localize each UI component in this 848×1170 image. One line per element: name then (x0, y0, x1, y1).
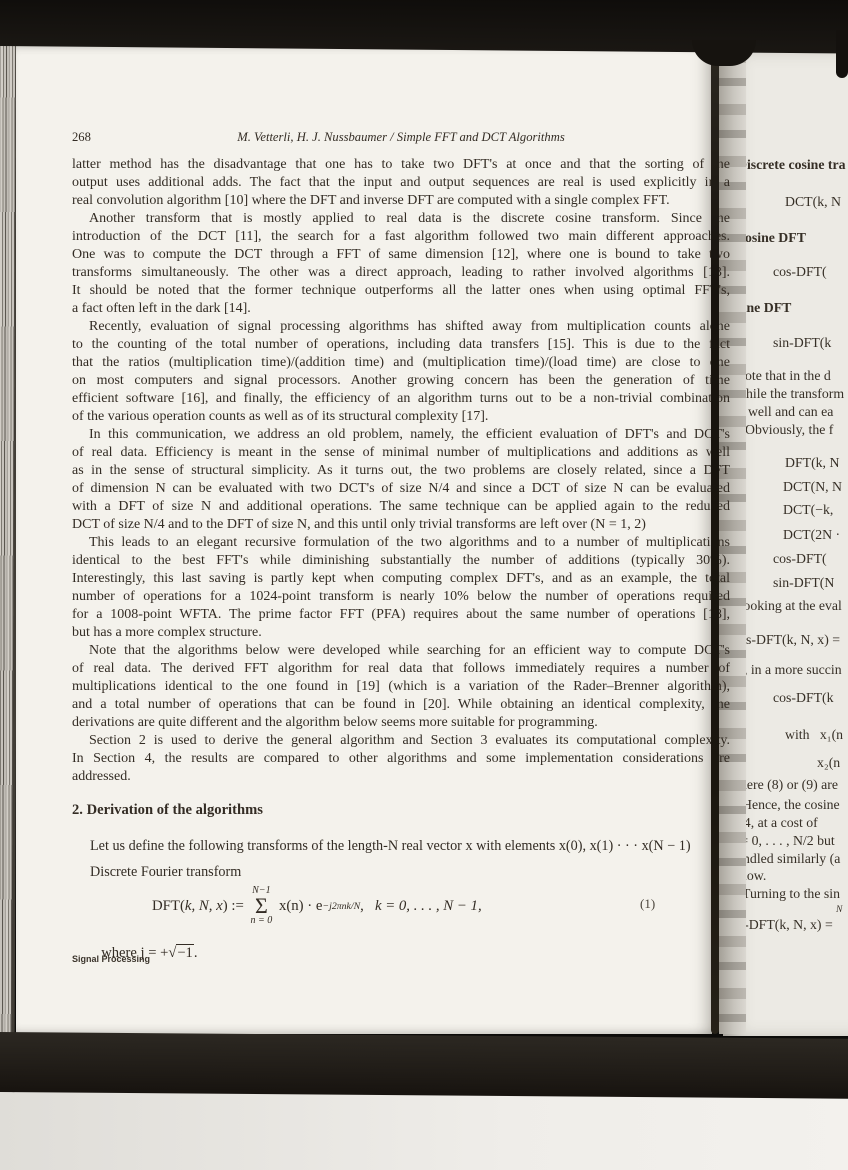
radicand: −1 (176, 944, 194, 961)
body-line: on most computers and signal processors.… (72, 372, 730, 390)
journal-page: 268 M. Vetterli, H. J. Nussbaumer / Simp… (16, 44, 712, 1034)
sigma-symbol: Σ (255, 896, 268, 916)
top-right-page-notch (836, 30, 848, 78)
body-line: that the ratios (multiplication time)/(a… (72, 354, 730, 372)
body-line: of the various operation counts as well … (72, 408, 730, 426)
next-page-line: DCT(N, N (783, 479, 842, 495)
scanned-book-photo: 268 M. Vetterli, H. J. Nussbaumer / Simp… (0, 0, 848, 1170)
next-page-line: with x₁(n (785, 727, 843, 743)
next-page-line: where (8) or (9) are (730, 777, 838, 793)
body-line: of dimension N can be evaluated with two… (72, 480, 730, 498)
body-line: Note that the algorithms below were deve… (72, 642, 730, 660)
running-head-title: M. Vetterli, H. J. Nussbaumer / Simple F… (72, 130, 730, 145)
body-line: multiplications identical to the one fou… (72, 678, 730, 696)
body-line: This leads to an elegant recursive formu… (72, 534, 730, 552)
next-page-line: DCT(k, N (785, 194, 841, 210)
equation-exponent: −j2πnk/N (323, 901, 361, 912)
next-page-line: as well and can ea (733, 404, 833, 420)
body-line: addressed. (72, 768, 730, 786)
transform-label: Discrete Fourier transform (72, 864, 730, 881)
body-line: of real data. The derived FFT algorithm … (72, 660, 730, 678)
body-text: latter method has the disadvantage that … (72, 156, 730, 786)
next-page-line: or, in a more succin (733, 662, 842, 678)
equation-lhs: DFT( (152, 898, 185, 915)
equation-condition: k = 0, . . . , N − 1, (364, 898, 482, 915)
summation: N−1 Σ n = 0 (251, 886, 273, 926)
intro-sentence: Let us define the following transforms o… (72, 838, 730, 855)
body-line: DCT of size N/4 and to the DFT of size N… (72, 516, 730, 534)
where-period: . (194, 945, 198, 961)
body-line: In Section 4, the results are compared t… (72, 750, 730, 768)
body-line: efficient software [16], and finally, th… (72, 390, 730, 408)
body-line: to the counting of the total number of o… (72, 336, 730, 354)
body-line: Section 2 is used to derive the general … (72, 732, 730, 750)
equation-lhs-args: k, N, x (185, 898, 223, 915)
equation-term: x(n) · e (275, 898, 322, 915)
body-line: real convolution algorithm [10] where th… (72, 192, 730, 210)
book-gutter (711, 48, 719, 1034)
next-page-line: cos-DFT( (773, 551, 827, 567)
body-line: One was to compute the DCT through a FFT… (72, 246, 730, 264)
equation-number: (1) (640, 896, 655, 912)
body-line: for a 1008-point WFTA. The prime factor … (72, 606, 730, 624)
next-page-line: cos-DFT(k (773, 690, 834, 706)
next-page-line: Looking at the eval (735, 598, 842, 614)
body-line: and a total number of operations that ca… (72, 696, 730, 714)
next-page-line: DCT(−k, (783, 502, 833, 518)
next-page-line: While the transform (733, 386, 844, 402)
next-page-line: Turning to the sin (742, 886, 840, 902)
next-page-line: Discrete cosine tra (737, 157, 846, 173)
body-line: Interestingly, this last saving is partl… (72, 570, 730, 588)
body-line: output uses additional adds. The fact th… (72, 174, 730, 192)
body-line: number of operations for a 1024-point tr… (72, 588, 730, 606)
body-line: introduction of the DCT [11], the search… (72, 228, 730, 246)
next-page-line: Obviously, the f (745, 422, 833, 438)
body-line: Recently, evaluation of signal processin… (72, 318, 730, 336)
table-surface (0, 1088, 848, 1170)
body-line: as in the sense of structural simplicity… (72, 462, 730, 480)
body-line: transforms simultaneously. The other was… (72, 264, 730, 282)
next-page-line: x₂(n (817, 755, 840, 771)
next-page-line: DFT(k, N (785, 455, 839, 471)
next-page-line: sin-DFT(k (773, 335, 831, 351)
next-page-line: cos-DFT(k, N, x) = (733, 632, 840, 648)
body-line: It should be noted that the former techn… (72, 282, 730, 300)
body-line: of real data. Efficiency is meant in the… (72, 444, 730, 462)
body-line: but has a more complex structure. (72, 624, 730, 642)
dft-equation: DFT(k, N, x) := N−1 Σ n = 0 x(n) · e−j2π… (152, 886, 482, 926)
body-line: derivations are quite different and the … (72, 714, 730, 732)
section-heading: 2. Derivation of the algorithms (72, 802, 730, 819)
journal-footer: Signal Processing (72, 954, 150, 964)
page-number: 268 (72, 130, 91, 145)
body-line: In this communication, we address an old… (72, 426, 730, 444)
next-page-line: DCT(2N · (783, 527, 840, 543)
body-line: identical to the best FFT's while dimini… (72, 552, 730, 570)
running-header: 268 M. Vetterli, H. J. Nussbaumer / Simp… (72, 130, 730, 146)
next-page-line: cos-DFT( (773, 264, 827, 280)
body-line: latter method has the disadvantage that … (72, 156, 730, 174)
next-page-line: N (836, 905, 842, 915)
next-page-line: sin-DFT(N (773, 575, 834, 591)
body-line: Another transform that is mostly applied… (72, 210, 730, 228)
body-line: with a DFT of size N and additional oper… (72, 498, 730, 516)
next-page-line: handled similarly (a (730, 851, 840, 867)
next-page-line: Hence, the cosine (742, 797, 840, 813)
next-page-line: Note that in the d (735, 368, 831, 384)
sum-lower-limit: n = 0 (251, 916, 273, 926)
body-line: a fact often left in the dark [14]. (72, 300, 730, 318)
equation-assign: ) := (223, 898, 248, 915)
book-bottom-edge (0, 1032, 848, 1099)
